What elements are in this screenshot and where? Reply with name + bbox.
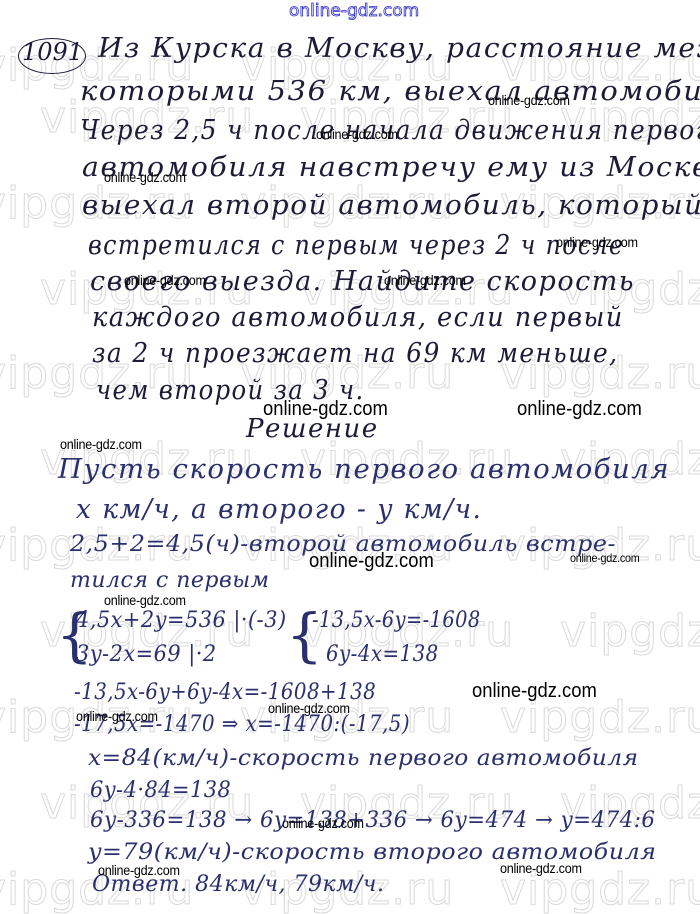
problem-line: Из Курска в Москву, расстояние между bbox=[98, 33, 700, 64]
watermark: online-gdz.com bbox=[104, 592, 186, 608]
problem-line: встретился с первым через 2 ч после bbox=[88, 230, 624, 261]
system-right-eq2: 6y-4x=138 bbox=[326, 642, 439, 667]
system-left-eq2: 3y-2x=69 |·2 bbox=[76, 642, 217, 667]
solution-line: Пусть скорость первого автомобиля bbox=[58, 454, 670, 485]
solution-line: тился с первым bbox=[70, 568, 269, 593]
watermark: online-gdz.com bbox=[316, 126, 398, 142]
watermark: online-gdz.com bbox=[104, 169, 186, 185]
solution-step: 6y-336=138 → 6y=138+336 → 6y=474 → y=474… bbox=[90, 808, 655, 833]
watermark: online-gdz.com bbox=[263, 398, 388, 421]
watermark: online-gdz.com bbox=[282, 815, 364, 831]
system-left-eq1: 4,5x+2y=536 |·(-3) bbox=[76, 608, 287, 633]
watermark: online-gdz.com bbox=[570, 551, 639, 565]
watermark: online-gdz.com bbox=[268, 700, 350, 716]
problem-line: каждого автомобиля, если первый bbox=[92, 302, 624, 333]
solution-line: x км/ч, а второго - y км/ч. bbox=[76, 494, 482, 525]
system-right-eq1: -13,5x-6y=-1608 bbox=[312, 608, 481, 633]
problem-number: 1091 bbox=[22, 38, 83, 66]
top-watermark: online-gdz.com bbox=[289, 1, 419, 21]
watermark: online-gdz.com bbox=[124, 272, 206, 288]
watermark: online-gdz.com bbox=[556, 234, 638, 250]
watermark: online-gdz.com bbox=[76, 708, 158, 724]
solution-step: 6y-4·84=138 bbox=[90, 778, 231, 803]
watermark: online-gdz.com bbox=[500, 860, 582, 876]
watermark: online-gdz.com bbox=[384, 272, 466, 288]
watermark: online-gdz.com bbox=[517, 398, 642, 421]
watermark: online-gdz.com bbox=[472, 680, 597, 703]
background-watermark: vipgdz.ru bbox=[560, 606, 700, 657]
problem-line: которыми 536 км, выехал автомобиль. bbox=[80, 76, 700, 107]
problem-line: выехал второй автомобиль, который bbox=[82, 190, 700, 221]
solution-step: x=84(км/ч)-скорость первого автомобиля bbox=[88, 746, 639, 771]
problem-line: за 2 ч проезжает на 69 км меньше, bbox=[92, 338, 618, 369]
watermark: online-gdz.com bbox=[98, 862, 180, 878]
watermark: online-gdz.com bbox=[309, 550, 434, 573]
watermark: online-gdz.com bbox=[488, 92, 570, 108]
watermark: online-gdz.com bbox=[60, 436, 142, 452]
